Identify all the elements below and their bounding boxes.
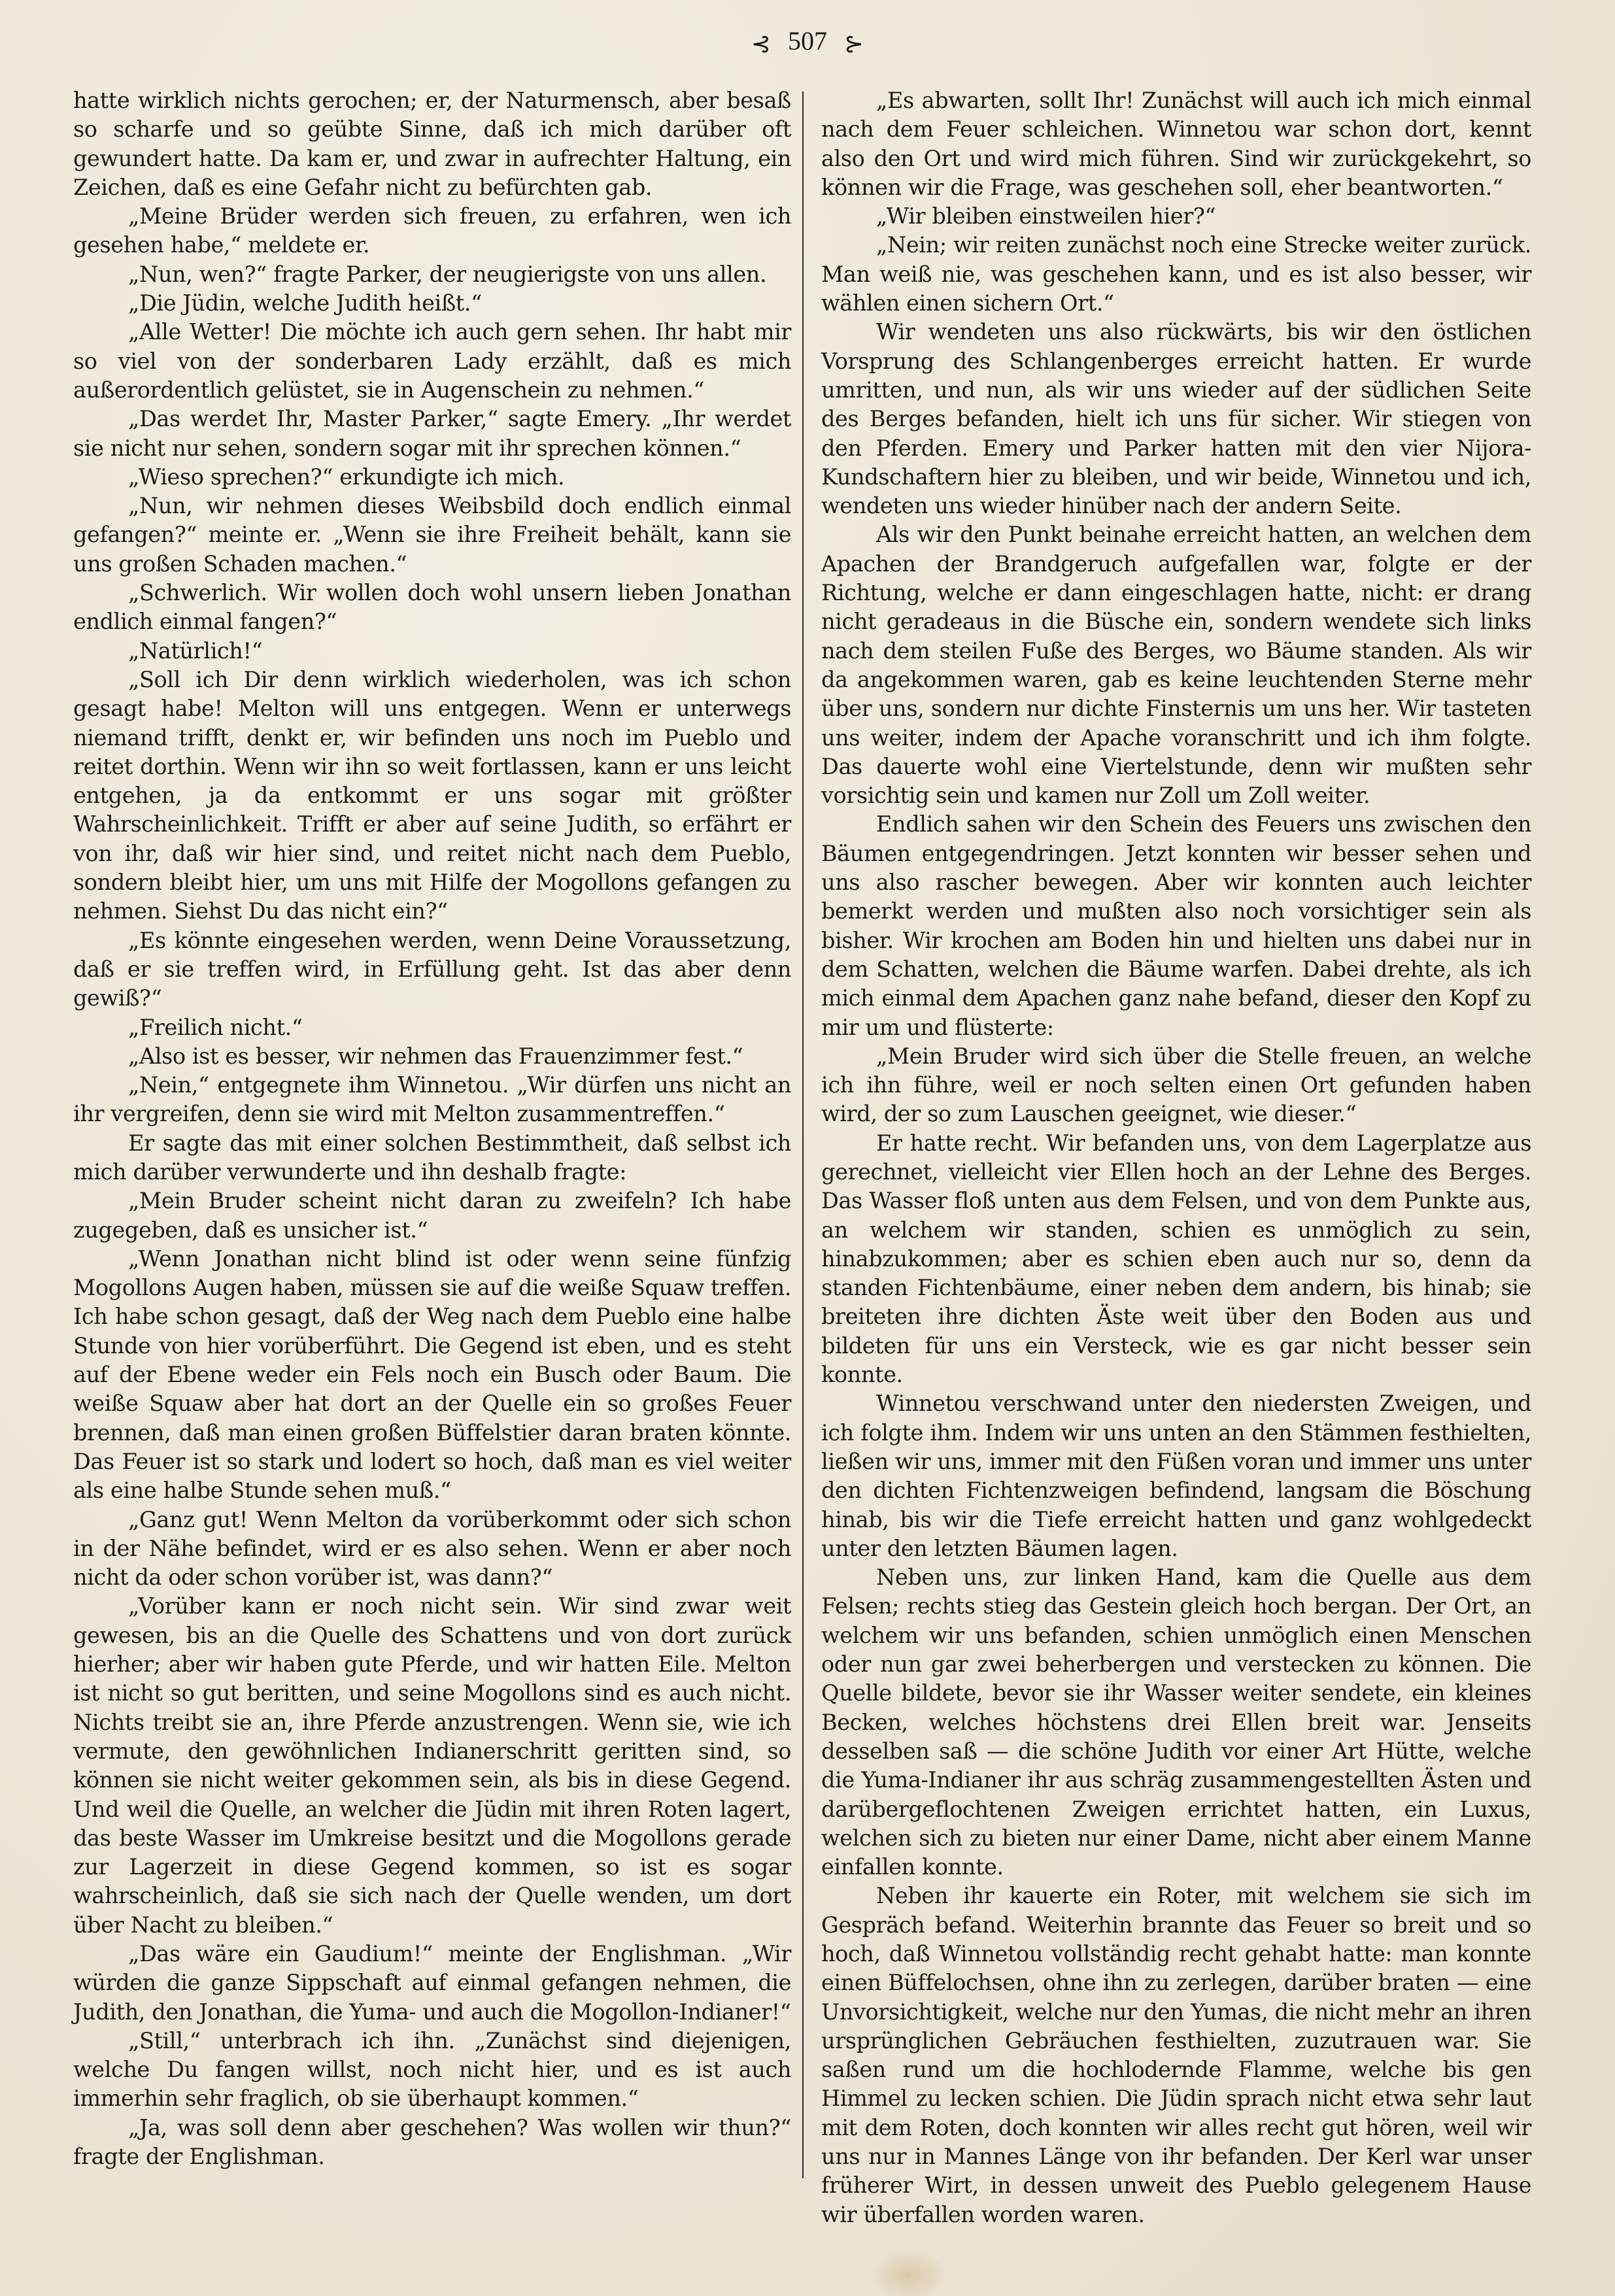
paragraph: Neben ihr kauerte ein Roter, mit welchem… (821, 1882, 1531, 2229)
paragraph: „Vorüber kann er noch nicht sein. Wir si… (73, 1592, 791, 1940)
paragraph: Winnetou verschwand unter den niedersten… (821, 1389, 1531, 1563)
paragraph: „Nun, wir nehmen dieses Weibsbild doch e… (73, 492, 791, 579)
paragraph: „Also ist es besser, wir nehmen das Frau… (73, 1042, 791, 1071)
paragraph: „Wir bleiben einstweilen hier?“ (821, 202, 1531, 231)
paragraph: Er sagte das mit einer solchen Bestimmth… (73, 1129, 791, 1187)
paragraph: Endlich sahen wir den Schein des Feuers … (821, 810, 1531, 1041)
paragraph: „Wieso sprechen?“ erkundigte ich mich. (73, 463, 791, 492)
paragraph: „Nein,“ entgegnete ihm Winnetou. „Wir dü… (73, 1071, 791, 1129)
paragraph: „Die Jüdin, welche Judith heißt.“ (73, 289, 791, 318)
paper-stain (870, 2249, 948, 2296)
paragraph: „Alle Wetter! Die möchte ich auch gern s… (73, 318, 791, 405)
left-column: hatte wirklich nichts gerochen; er, der … (73, 86, 791, 2171)
paragraph: Neben uns, zur linken Hand, kam die Quel… (821, 1563, 1531, 1882)
paragraph: „Es abwarten, sollt Ihr! Zunächst will a… (821, 86, 1531, 202)
right-column: „Es abwarten, sollt Ihr! Zunächst will a… (821, 86, 1531, 2229)
ornament-left-icon: ⊰ (751, 27, 771, 60)
paragraph: „Nun, wen?“ fragte Parker, der neugierig… (73, 260, 791, 289)
paragraph: „Mein Bruder wird sich über die Stelle f… (821, 1042, 1531, 1129)
paragraph: „Mein Bruder scheint nicht daran zu zwei… (73, 1187, 791, 1245)
paragraph: Er hatte recht. Wir befanden uns, von de… (821, 1129, 1531, 1390)
paragraph: „Still,“ unterbrach ich ihn. „Zunächst s… (73, 2027, 791, 2114)
paragraph: „Wenn Jonathan nicht blind ist oder wenn… (73, 1245, 791, 1506)
column-divider (802, 92, 804, 2178)
paragraph: hatte wirklich nichts gerochen; er, der … (73, 86, 791, 202)
page-header: ⊰507⊱ (0, 25, 1615, 60)
paragraph: „Es könnte eingesehen werden, wenn Deine… (73, 926, 791, 1013)
paragraph: „Ja, was soll denn aber geschehen? Was w… (73, 2114, 791, 2172)
ornament-right-icon: ⊱ (844, 27, 864, 60)
paragraph: Wir wendeten uns also rückwärts, bis wir… (821, 318, 1531, 520)
paragraph: Als wir den Punkt beinahe erreicht hatte… (821, 520, 1531, 810)
paragraph: „Das werdet Ihr, Master Parker,“ sagte E… (73, 405, 791, 463)
paragraph: „Ganz gut! Wenn Melton da vorüberkommt o… (73, 1506, 791, 1593)
paragraph: „Soll ich Dir denn wirklich wiederholen,… (73, 666, 791, 926)
paragraph: „Meine Brüder werden sich freuen, zu erf… (73, 202, 791, 260)
page-number: 507 (788, 26, 827, 56)
paragraph: „Nein; wir reiten zunächst noch eine Str… (821, 231, 1531, 318)
paragraph: „Schwerlich. Wir wollen doch wohl unsern… (73, 579, 791, 637)
paragraph: „Das wäre ein Gaudium!“ meinte der Engli… (73, 1940, 791, 2027)
paragraph: „Natürlich!“ (73, 637, 791, 666)
paragraph: „Freilich nicht.“ (73, 1013, 791, 1042)
